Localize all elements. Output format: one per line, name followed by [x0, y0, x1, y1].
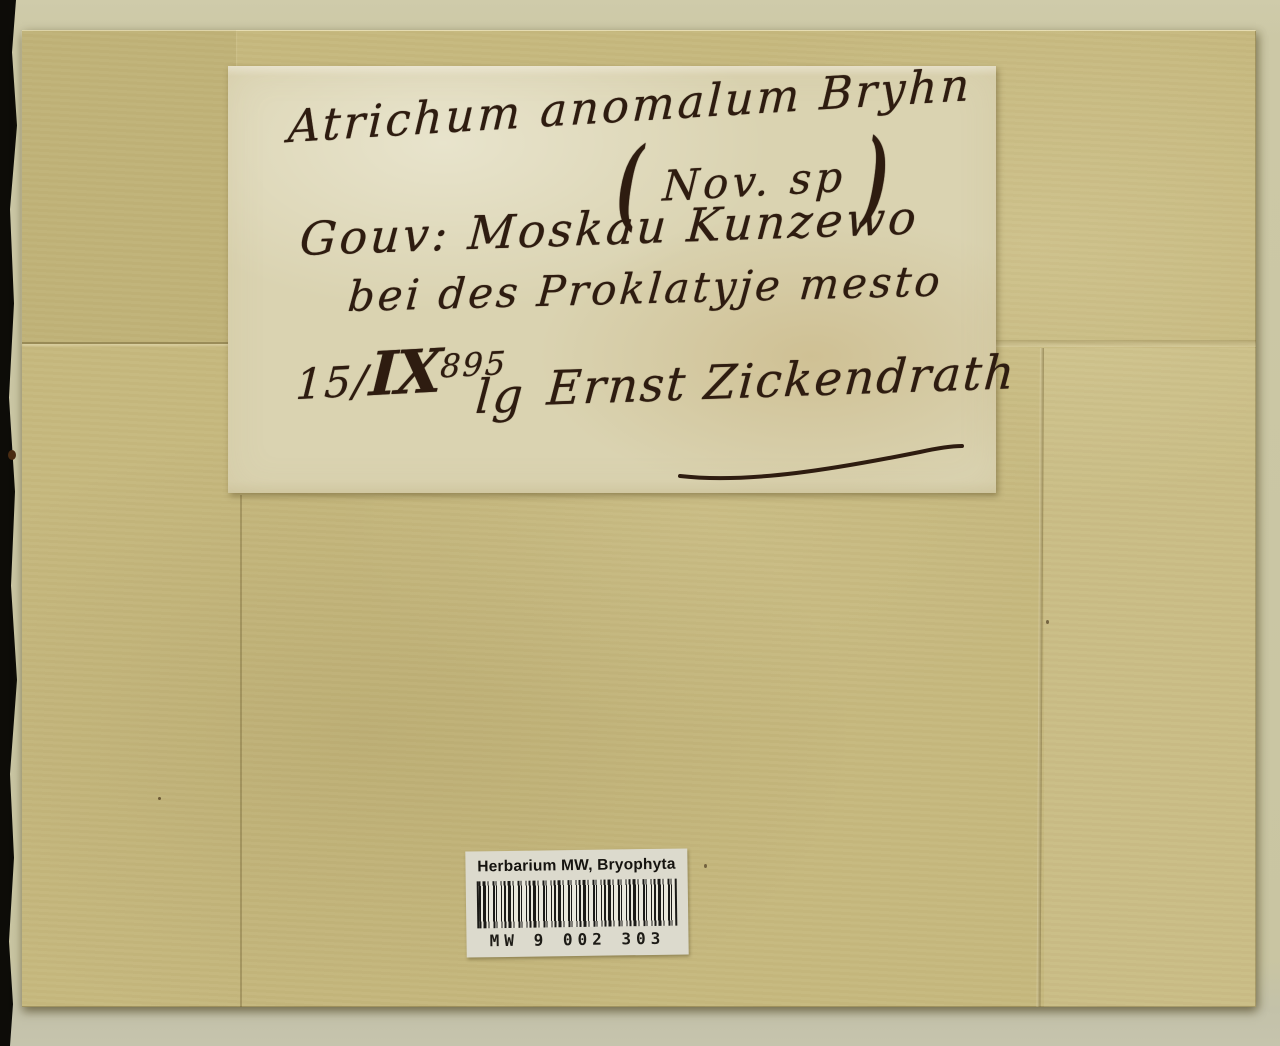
barcode-label: Herbarium MW, Bryophyta MW 9 002 303 [465, 848, 688, 957]
herbarium-title: Herbarium MW, Bryophyta [465, 855, 687, 876]
packet-top-left-flap [22, 30, 236, 344]
horizontal-fold-right [996, 340, 1256, 347]
handwritten-label: Atrichum anomalum Bryhn ( Nov. sp ) Gouv… [228, 66, 996, 493]
paper-speck [704, 864, 707, 868]
photo-left-edge [0, 0, 20, 1046]
region-line: Gouv: Moskau Kunzewo [298, 190, 921, 266]
date-day: 15/ [294, 356, 370, 409]
packet-right-flap [1044, 348, 1256, 1007]
locality-line: bei des Proklatyje mesto [346, 256, 945, 321]
vertical-crease-left [240, 495, 242, 1007]
accession-number: MW 9 002 303 [466, 928, 688, 950]
collector-signature: lgErnst Zickendrath [474, 345, 1018, 419]
date-month: IX [368, 336, 442, 410]
paper-speck [1046, 620, 1049, 624]
legit-abbreviation: lg [474, 368, 527, 425]
paper-speck [158, 797, 161, 800]
specimen-photo: Atrichum anomalum Bryhn ( Nov. sp ) Gouv… [0, 0, 1280, 1046]
barcode [477, 879, 678, 929]
signature-underline-flourish [670, 434, 970, 484]
paper-speck [8, 450, 16, 460]
collector-name: Ernst Zickendrath [545, 345, 1018, 417]
